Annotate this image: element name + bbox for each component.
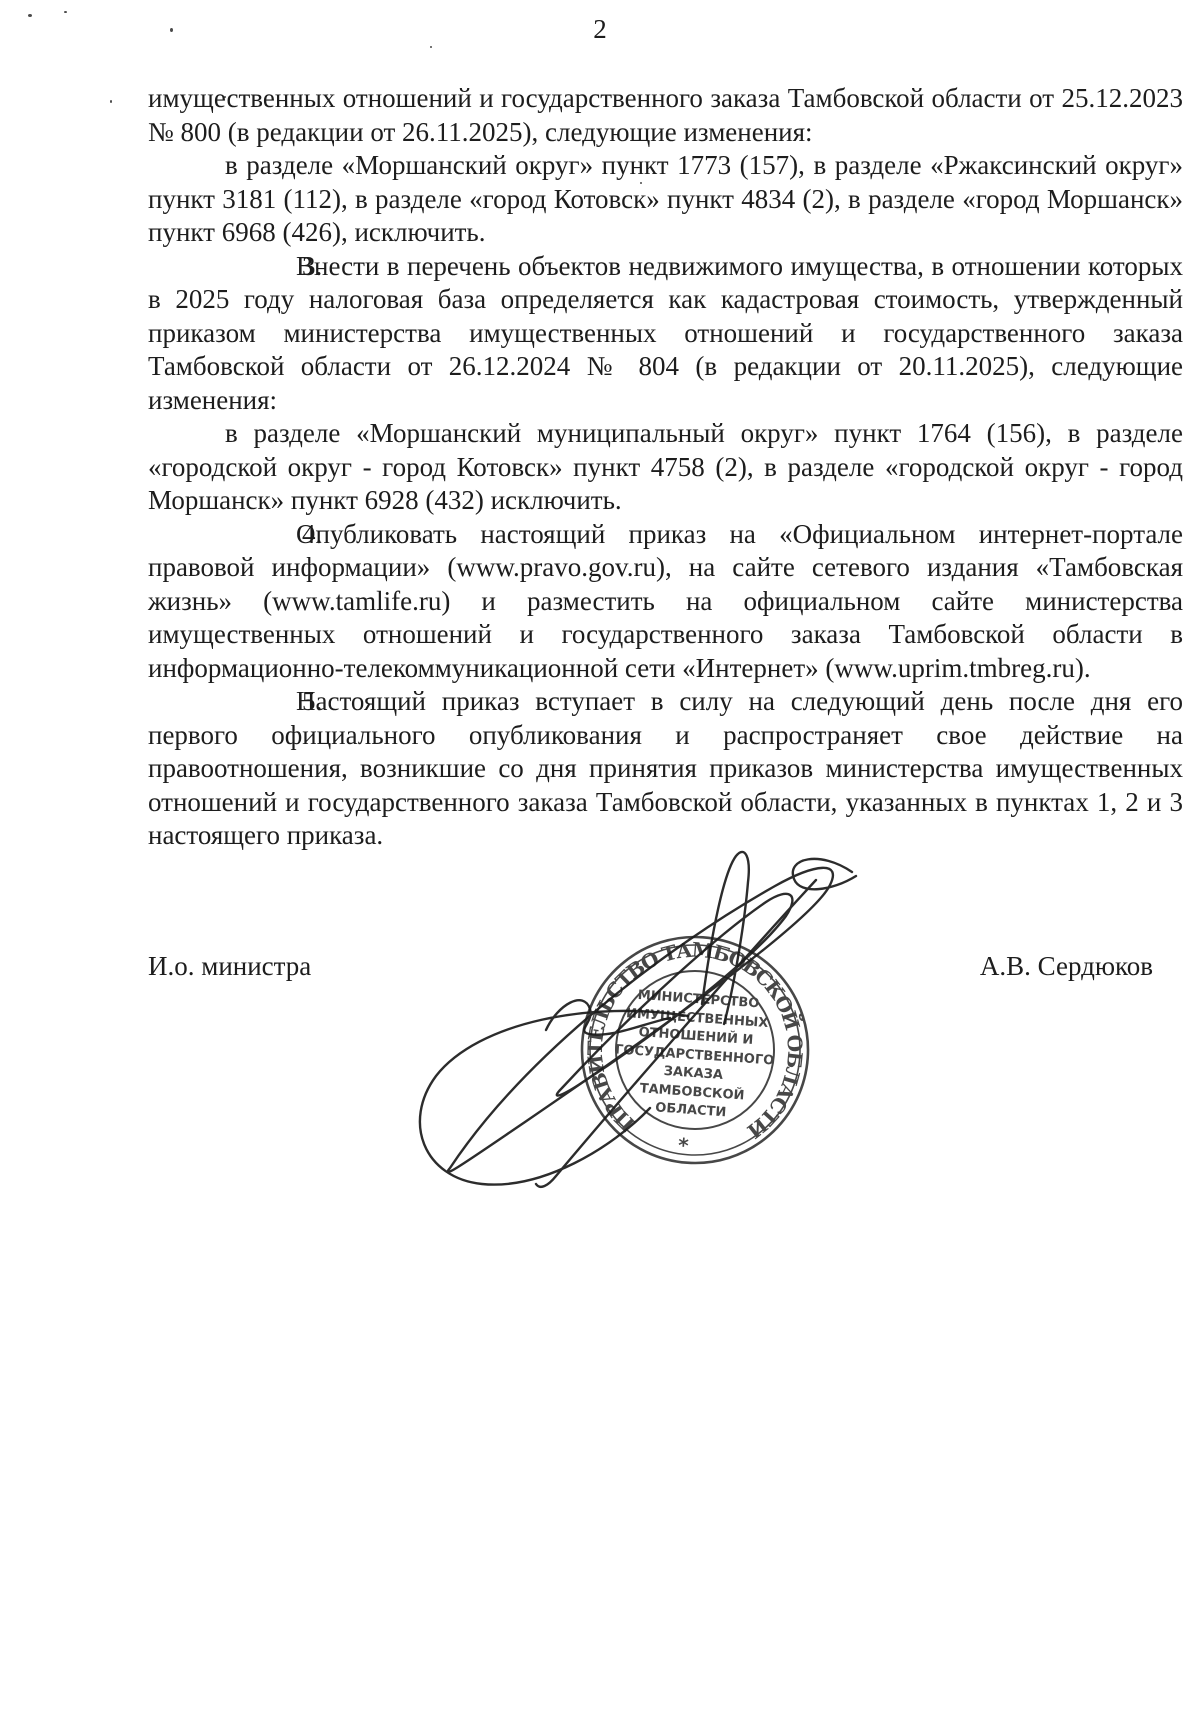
scan-noise-speck [110, 100, 112, 103]
stamp-center-line: ЗАКАЗА [663, 1064, 723, 1083]
paragraph-text: в разделе «Моршанский муниципальный окру… [148, 418, 1183, 515]
signer-name: А.В. Сердюков [980, 950, 1153, 984]
stamp-center-line: ОБЛАСТИ [655, 1100, 727, 1120]
scan-noise-speck [430, 46, 432, 48]
paragraph-text: в разделе «Моршанский округ» пункт 1773 … [148, 150, 1183, 247]
scanned-document-page: 2 имущественных отношений и государствен… [0, 0, 1200, 1712]
stamp-center-line: ГОСУДАРСТВЕННОГО [615, 1042, 775, 1068]
paragraph: в разделе «Моршанский муниципальный окру… [148, 417, 1183, 518]
stamp-center-line: ИМУЩЕСТВЕННЫХ [626, 1006, 769, 1031]
signature-row: И.о. министра А.В. Сердюков [148, 950, 1153, 984]
paragraph-text: имущественных отношений и государственно… [148, 83, 1183, 147]
position-title: И.о. министра [148, 950, 311, 984]
stamp-center-line: ОТНОШЕНИЙ И [638, 1024, 754, 1048]
page-number: 2 [0, 14, 1200, 45]
paragraph-number: 3. [225, 250, 296, 284]
handwritten-signature [420, 852, 856, 1187]
stamp-center-line: МИНИСТЕРСТВО [637, 988, 760, 1011]
stamp-separator-mark: * [677, 1133, 690, 1158]
paragraph: 3.Внести в перечень объектов недвижимого… [148, 250, 1183, 418]
paragraph: в разделе «Моршанский округ» пункт 1773 … [148, 149, 1183, 250]
paragraph: 4.Опубликовать настоящий приказ на «Офиц… [148, 518, 1183, 686]
scan-noise-speck [64, 11, 67, 13]
paragraph-text: Настоящий приказ вступает в силу на след… [148, 686, 1183, 850]
stamp-center-line: ТАМБОВСКОЙ [639, 1080, 745, 1103]
paragraph-text: Внести в перечень объектов недвижимого и… [148, 251, 1183, 415]
document-body: имущественных отношений и государственно… [148, 82, 1183, 853]
paragraph: имущественных отношений и государственно… [148, 82, 1183, 149]
paragraph: 5.Настоящий приказ вступает в силу на сл… [148, 685, 1183, 853]
paragraph-text: Опубликовать настоящий приказ на «Официа… [148, 519, 1183, 683]
paragraph-number: 5. [225, 685, 296, 719]
paragraph-number: 4. [225, 518, 296, 552]
